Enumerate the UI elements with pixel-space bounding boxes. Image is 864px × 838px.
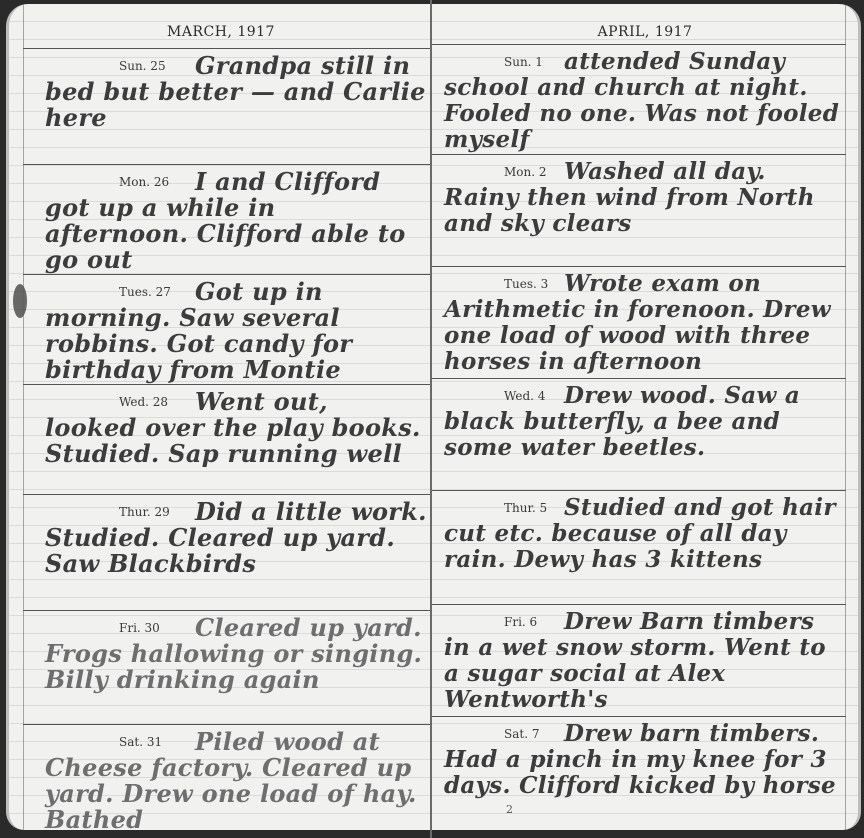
diary-day-entry: Tues. 27 Got up in morning. Saw several … bbox=[23, 274, 433, 385]
diary-day-entry: Thur. 5 Studied and got hair cut etc. be… bbox=[432, 490, 846, 603]
handwritten-entry: Drew wood. Saw a black butterfly, a bee … bbox=[444, 383, 840, 461]
diary-day-entry: Fri. 30 Cleared up yard. Frogs hallowing… bbox=[23, 610, 433, 725]
diary-day-entry: Sat. 31 Piled wood at Cheese factory. Cl… bbox=[23, 724, 433, 830]
handwritten-entry: Drew Barn timbers in a wet snow storm. W… bbox=[444, 609, 840, 713]
handwritten-entry: Piled wood at Cheese factory. Cleared up… bbox=[45, 729, 427, 830]
handwritten-entry: attended Sunday school and church at nig… bbox=[444, 49, 840, 153]
diary-day-entry: Sun. 1 attended Sunday school and church… bbox=[432, 44, 846, 155]
diary-day-entry: Fri. 6 Drew Barn timbers in a wet snow s… bbox=[432, 604, 846, 717]
month-heading: APRIL, 1917 bbox=[432, 24, 858, 40]
handwritten-entry: Went out, looked over the play books. St… bbox=[45, 389, 427, 467]
page-mark: 2 bbox=[506, 803, 513, 816]
handwritten-entry: Studied and got hair cut etc. because of… bbox=[444, 495, 840, 573]
handwritten-entry: Grandpa still in bed but better — and Ca… bbox=[45, 53, 427, 131]
diary-page-march: MARCH, 1917 Sun. 25 Grandpa still in bed… bbox=[6, 4, 433, 830]
handwritten-entry: I and Clifford got up a while in afterno… bbox=[45, 169, 427, 273]
diary-day-entry: Wed. 4 Drew wood. Saw a black butterfly,… bbox=[432, 378, 846, 491]
diary-day-entry: Mon. 26 I and Clifford got up a while in… bbox=[23, 164, 433, 275]
handwritten-entry: Drew barn timbers. Had a pinch in my kne… bbox=[444, 721, 840, 799]
handwritten-entry: Did a little work. Studied. Cleared up y… bbox=[45, 499, 427, 577]
diary-page-april: APRIL, 1917 Sun. 1 attended Sunday schoo… bbox=[432, 4, 861, 830]
handwritten-entry: Wrote exam on Arithmetic in forenoon. Dr… bbox=[444, 271, 840, 375]
handwritten-entry: Washed all day. Rainy then wind from Nor… bbox=[444, 159, 840, 237]
diary-day-entry: Tues. 3 Wrote exam on Arithmetic in fore… bbox=[432, 266, 846, 379]
diary-spread: MARCH, 1917 Sun. 25 Grandpa still in bed… bbox=[0, 0, 864, 838]
handwritten-entry: Got up in morning. Saw several robbins. … bbox=[45, 279, 427, 383]
diary-day-entry: Sun. 25 Grandpa still in bed but better … bbox=[23, 48, 433, 165]
diary-day-entry: Wed. 28 Went out, looked over the play b… bbox=[23, 384, 433, 495]
diary-day-entry: Thur. 29 Did a little work. Studied. Cle… bbox=[23, 494, 433, 605]
handwritten-entry: Cleared up yard. Frogs hallowing or sing… bbox=[45, 615, 427, 693]
diary-day-entry: Sat. 7 Drew barn timbers. Had a pinch in… bbox=[432, 716, 846, 830]
diary-day-entry: Mon. 2 Washed all day. Rainy then wind f… bbox=[432, 154, 846, 265]
month-heading: MARCH, 1917 bbox=[9, 24, 433, 40]
